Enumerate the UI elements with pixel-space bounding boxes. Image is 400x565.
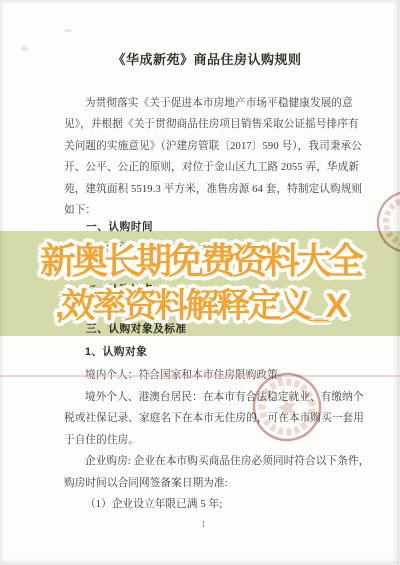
document-photo: 《华成新苑》商品住房认购规则 为贯彻落实《关于促进本市房地产市场平稳健康发展的意… — [0, 0, 400, 565]
doc-text-line: 为贯彻落实《关于促进本市房地产市场平稳健康发展的意 — [85, 95, 353, 110]
doc-text-line: 企业购房: 企业在本市购买商品住房必须同时符合以下条件， — [85, 453, 369, 468]
doc-text-line: 购房时间以合同网签备案日期为准: — [64, 475, 228, 490]
red-seal-stamp — [248, 367, 328, 447]
paper-smudge — [128, 508, 134, 511]
doc-text-line: 见》，并根据《关于贯彻商品住房项目销售采取公证摇号排序有 — [64, 116, 359, 131]
doc-text-line: （1）企业设立年限已满 5 年; — [85, 496, 222, 511]
paper-crease-line — [0, 375, 400, 377]
doc-text-line: 开、公平、公正的原则，对位于金山区九工路 2055 弄，华成新 — [64, 159, 359, 174]
subsection-heading: 1、认购对象 — [85, 344, 147, 359]
watermark-text-line1: 新奥长期免费资料大全 — [0, 243, 400, 279]
paper-smudge — [21, 46, 28, 51]
doc-title: 《华成新苑》商品住房认购规则 — [0, 49, 400, 68]
watermark-text-line2: ,效率资料解释定义_X — [0, 289, 400, 323]
doc-text-line: 苑，建筑面积 5519.3 平方米，准售房源 64 套，特制定认购规则 — [64, 181, 362, 196]
doc-text-line: 关问题的实施意见》（沪建房管联〔2017〕590 号），我司秉承公 — [64, 138, 362, 153]
doc-text-line: 于自住的住房。 — [64, 432, 139, 447]
page-number: 1 — [201, 519, 206, 529]
doc-text-line: 如下： — [64, 202, 96, 217]
paper-smudge — [64, 29, 73, 32]
